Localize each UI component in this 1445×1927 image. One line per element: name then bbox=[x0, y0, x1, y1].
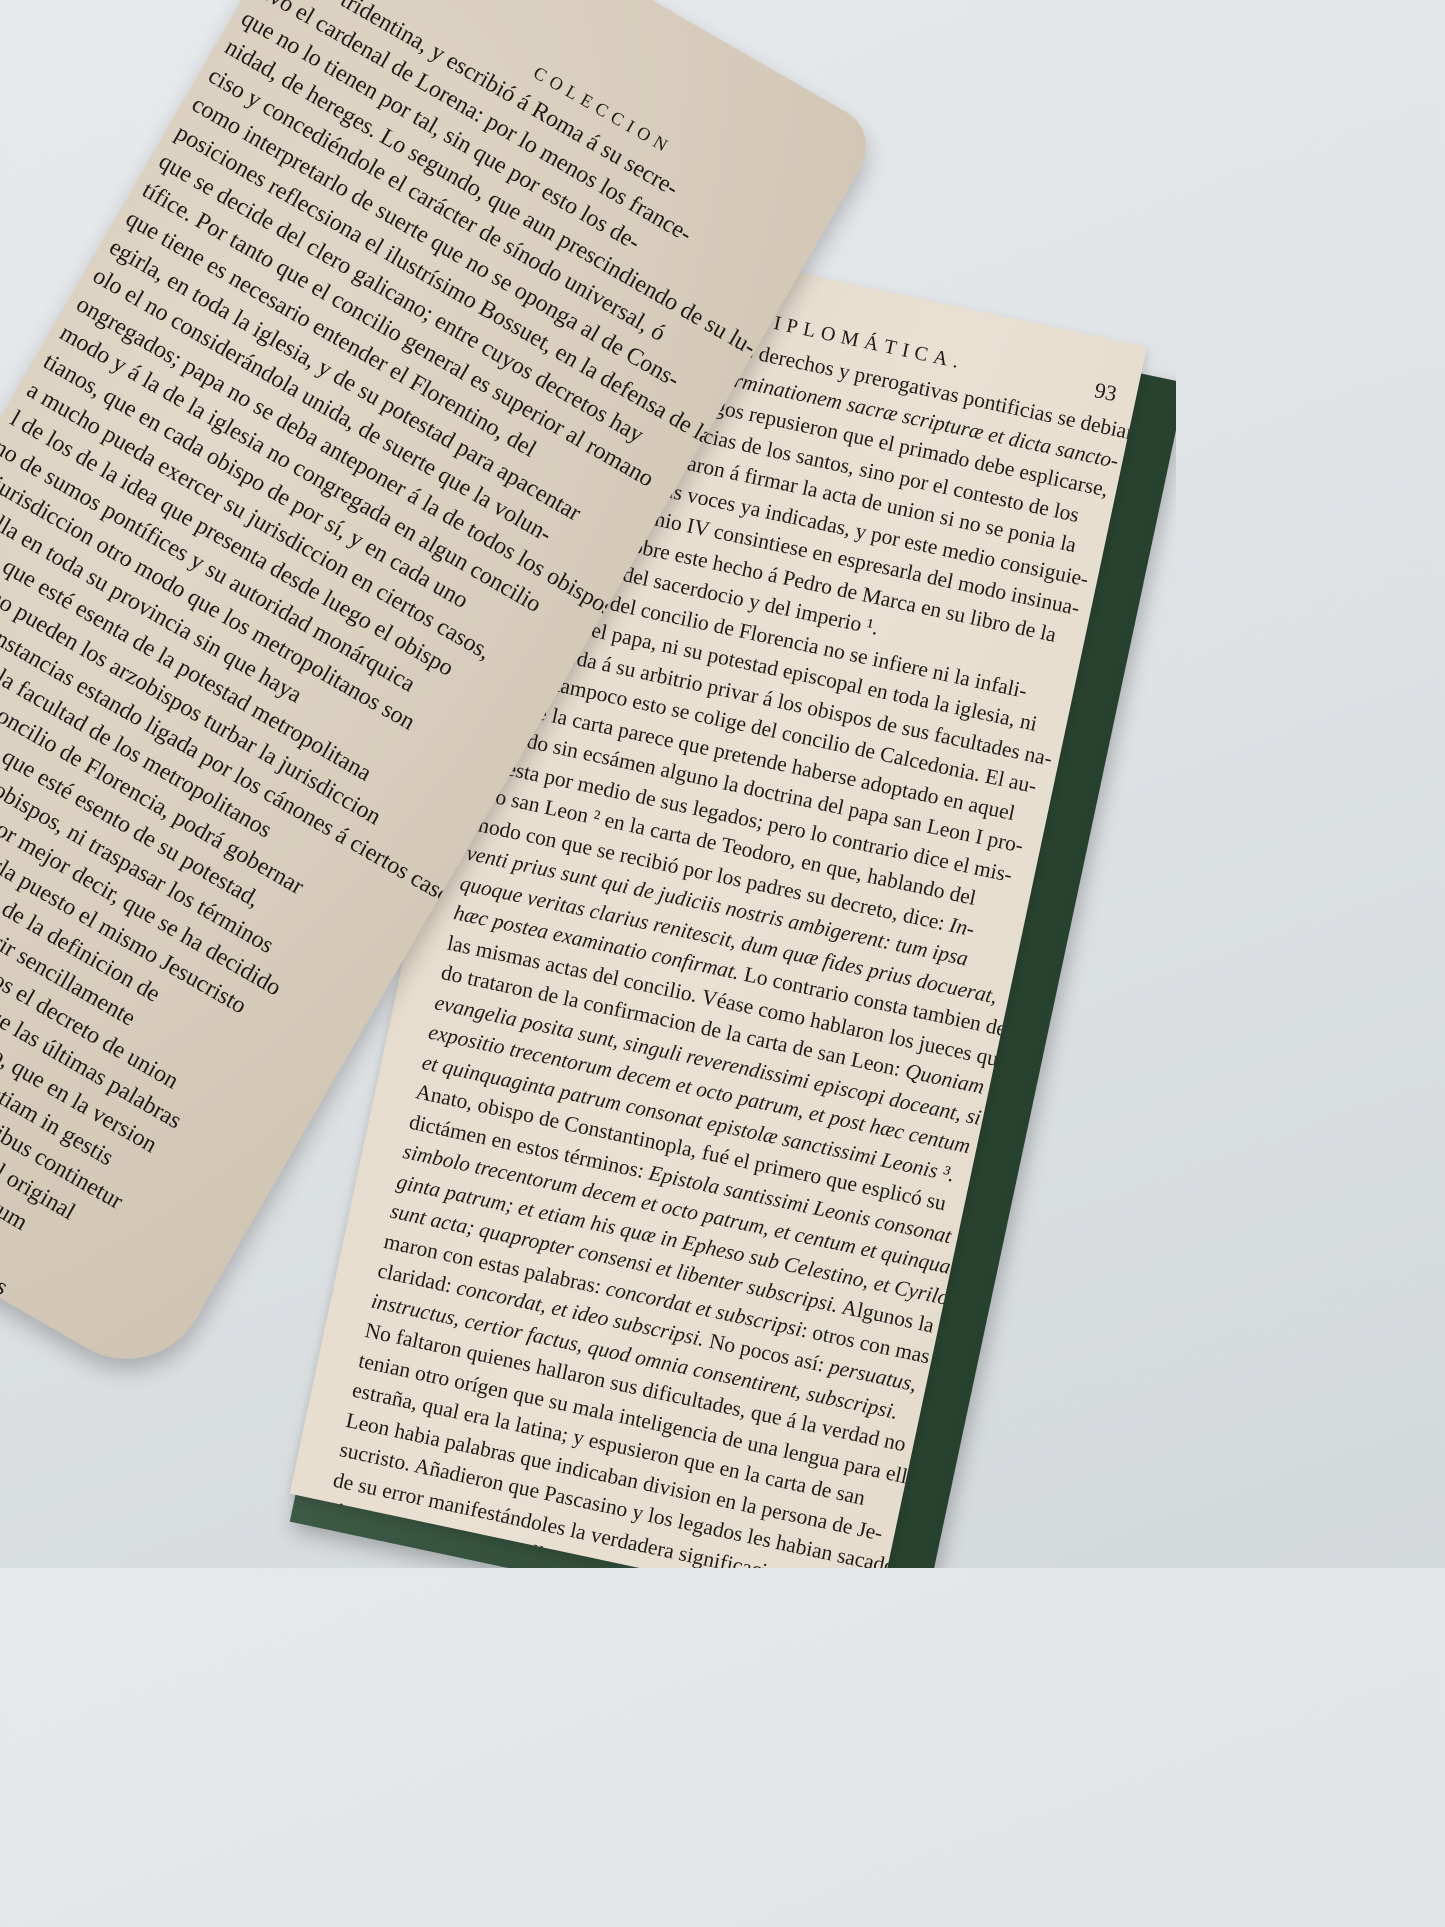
page-number: 93 bbox=[1092, 377, 1119, 407]
italic-latin-text: In- bbox=[947, 912, 977, 941]
book-photo: DIPLOMÁTICA. 93 solo se decia que los de… bbox=[0, 0, 1176, 1568]
